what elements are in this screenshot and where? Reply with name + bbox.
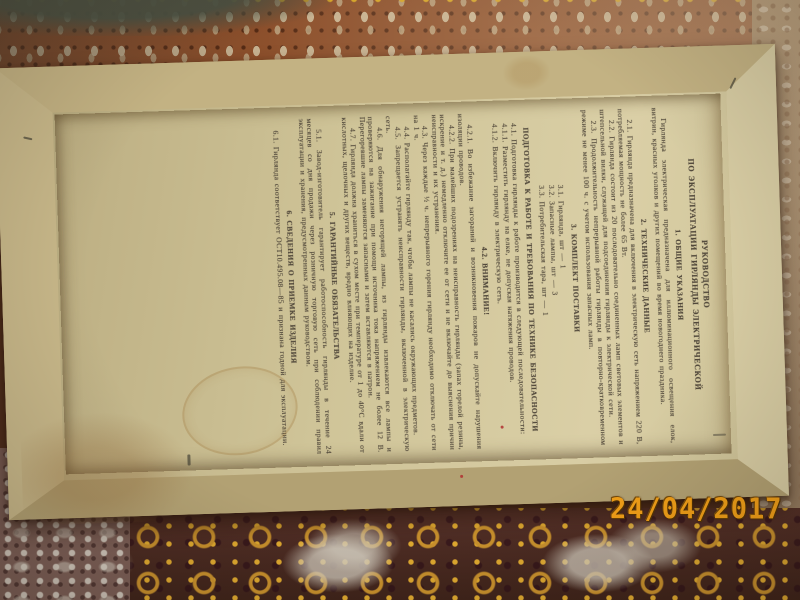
- pencil-mark: [23, 136, 32, 140]
- cardboard-box-lid: РУКОВОДСТВО ПО ЭКСПЛУАТАЦИИ ГИРЛЯНДЫ ЭЛЕ…: [0, 44, 789, 520]
- tablecloth-dark-patch: [0, 0, 330, 36]
- pencil-mark: [713, 434, 726, 436]
- pencil-mark: [729, 77, 736, 89]
- stain-bottom-left: [20, 410, 193, 525]
- photo-scene: РУКОВОДСТВО ПО ЭКСПЛУАТАЦИИ ГИРЛЯНДЫ ЭЛЕ…: [0, 0, 800, 600]
- manual-body: 1. ОБЩИЕ УКАЗАНИЯГирлянда электрическая …: [270, 107, 688, 456]
- instruction-text-rotated: РУКОВОДСТВО ПО ЭКСПЛУАТАЦИИ ГИРЛЯНДЫ ЭЛЕ…: [70, 106, 716, 462]
- stain-top-wall: [503, 55, 550, 90]
- red-speck: [460, 475, 463, 478]
- red-speck: [501, 426, 504, 429]
- camera-date-stamp: 24/04/2017: [610, 493, 783, 525]
